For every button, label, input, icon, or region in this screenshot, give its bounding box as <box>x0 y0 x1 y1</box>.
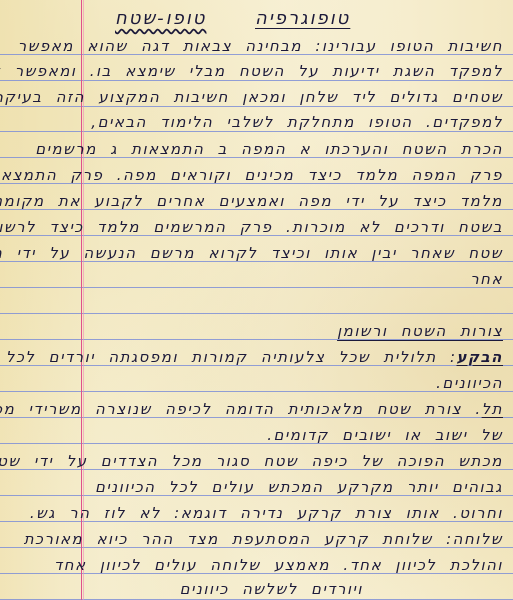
definition-line: שלוחה: שלוחת קרקע המסתעפת מצד ההר כיוא מ… <box>24 530 503 548</box>
text-line: אחר <box>470 270 503 288</box>
definition-text: של ישוב או ישובים קדומים. <box>267 426 503 444</box>
definition-line: תל. צורת שטח מלאכותית הדומה לכיפה שנוצרה… <box>0 400 503 418</box>
text-line: שטח שאחר יבין אותו וכיצד לקרוא מרשם הנעש… <box>0 244 503 262</box>
ruled-line <box>0 106 513 107</box>
page-subtitle: טופו-שטח <box>115 8 206 29</box>
page-title: טופוגרפיה <box>255 8 350 29</box>
definition-line: גבוהים יותר מקרקע המכתש עולים לכל הכיוונ… <box>95 478 503 496</box>
text-line: מלמד כיצד על ידי מפה ואמצעים אחרים לקבוע… <box>0 192 503 210</box>
definition-line: של ישוב או ישובים קדומים. <box>267 426 503 444</box>
text-line: חשיבות הטופו עבורינו: מבחינה צבאות דגה ש… <box>18 37 503 55</box>
definition-text: ויורדים לשלשה כיוונים <box>180 580 363 598</box>
definition-text: מכתש הפוכה של כיפה שטח סגור מכל הצדדים ע… <box>0 452 503 470</box>
definition-line: וחרוט. אותו צורת קרקע נדירה דוגמא: לא לו… <box>30 504 503 522</box>
ruled-line <box>0 80 513 81</box>
definition-term: הבקע <box>457 348 504 366</box>
ruled-line <box>0 287 513 288</box>
definition-line: ויורדים לשלשה כיוונים <box>180 580 363 598</box>
text-line: פרק המפה מלמד כיצד מכינים וקוראים מפה. פ… <box>0 166 503 184</box>
definition-term: תל <box>482 400 503 418</box>
ruled-line <box>0 313 513 314</box>
text-line: הכרת השטח והערכתו א המפה ב התמצאות ג מרש… <box>35 140 503 158</box>
text-line: למפקד השגת ידיעות על השטח מבלי שימצא בו.… <box>0 62 503 80</box>
ruled-line <box>0 131 513 132</box>
text-line: שטחים גדולים ליד שלחן ומכאן חשיבות המקצו… <box>0 88 503 106</box>
notebook-page: טופוגרפיה טופו-שטח חשיבות הטופו עבורינו:… <box>0 0 513 600</box>
definition-text: הכיוונים. <box>436 374 503 392</box>
definition-line: מכתש הפוכה של כיפה שטח סגור מכל הצדדים ע… <box>0 452 503 470</box>
definition-term: שלוחה <box>453 530 503 548</box>
definition-text: . צורת שטח מלאכותית הדומה לכיפה שנוצרה מ… <box>0 400 482 418</box>
text-line: למפקדים. הטופו מתחלקת לשלבי הלימוד הבאים… <box>91 113 503 131</box>
definition-line: הבקע: תלולית שכל צלעותיה קמורות ומפסגתה … <box>6 348 503 366</box>
definition-text: וחרוט. אותו צורת קרקע נדירה דוגמא: לא לו… <box>30 504 503 522</box>
definition-text: : תלולית שכל צלעותיה קמורות ומפסגתה יורד… <box>6 348 457 366</box>
definition-text: והולכת לכיוון אחד. מאמצע שלוחה עולים לכי… <box>54 556 503 574</box>
section-heading: צורות השטח ורשומן <box>337 322 503 340</box>
definition-text: : שלוחת קרקע המסתעפת מצד ההר כיוא מאורכת <box>24 530 453 548</box>
text-line: בשטח ודרכים לא מוכרות. פרק המרשמים מלמד … <box>0 218 503 236</box>
definition-line: והולכת לכיוון אחד. מאמצע שלוחה עולים לכי… <box>54 556 503 574</box>
definition-line: הכיוונים. <box>436 374 503 392</box>
definition-text: גבוהים יותר מקרקע המכתש עולים לכל הכיוונ… <box>95 478 503 496</box>
